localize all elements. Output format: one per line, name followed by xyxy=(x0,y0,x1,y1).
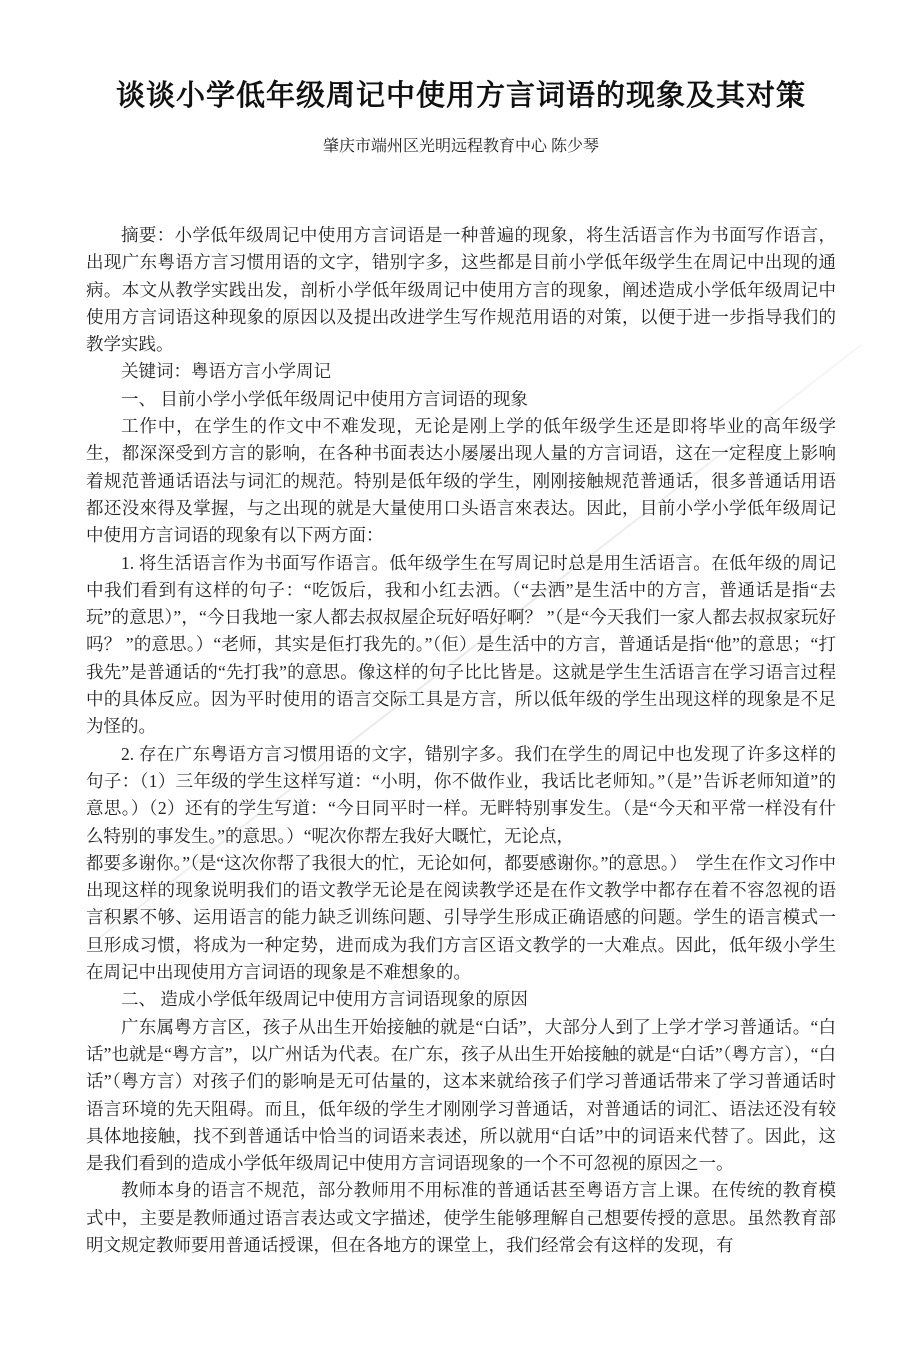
document-page: 谈谈小学低年级周记中使用方言词语的现象及其对策 肇庆市端州区光明远程教育中心 陈… xyxy=(0,0,920,1361)
section-2-heading: 二、 造成小学低年级周记中使用方言词语现象的原因 xyxy=(86,986,836,1013)
section-1-heading: 一、 目前小学小学低年级周记中使用方言词语的现象 xyxy=(86,386,836,413)
document-body: 摘要：小学低年级周记中使用方言词语是一种普遍的现象，将生活语言作为书面写作语言，… xyxy=(86,222,836,1259)
keywords-line: 关键词：粤语方言小学周记 xyxy=(86,358,836,385)
section-2-cause-2-paragraph: 教师本身的语言不规范，部分教师用不用标准的普通话甚至粤语方言上课。在传统的教育模… xyxy=(86,1177,836,1259)
document-title: 谈谈小学低年级周记中使用方言词语的现象及其对策 xyxy=(86,74,836,118)
document-title-text: 谈谈小学低年级周记中使用方言词语的现象及其对策 xyxy=(116,80,806,112)
section-2-cause-1-paragraph: 广东属粤方言区，孩子从出生开始接触的就是“白话”，大部分人到了上学才学习普通话。… xyxy=(86,1014,836,1178)
abstract-paragraph: 摘要：小学低年级周记中使用方言词语是一种普遍的现象，将生活语言作为书面写作语言，… xyxy=(86,222,836,358)
document-byline: 肇庆市端州区光明远程教育中心 陈少琴 xyxy=(86,136,836,158)
section-1-point-2-paragraph: 2. 存在广东粤语方言习惯用语的文字，错别字多。我们在学生的周记中也发现了许多这… xyxy=(86,741,836,987)
section-1-intro-paragraph: 工作中，在学生的作文中不难发现，无论是刚上学的低年级学生还是即将毕业的高年级学生… xyxy=(86,413,836,549)
section-1-point-1-paragraph: 1. 将生活语言作为书面写作语言。低年级学生在写周记时总是用生活语言。在低年级的… xyxy=(86,550,836,741)
document-content: 谈谈小学低年级周记中使用方言词语的现象及其对策 肇庆市端州区光明远程教育中心 陈… xyxy=(0,0,920,1259)
